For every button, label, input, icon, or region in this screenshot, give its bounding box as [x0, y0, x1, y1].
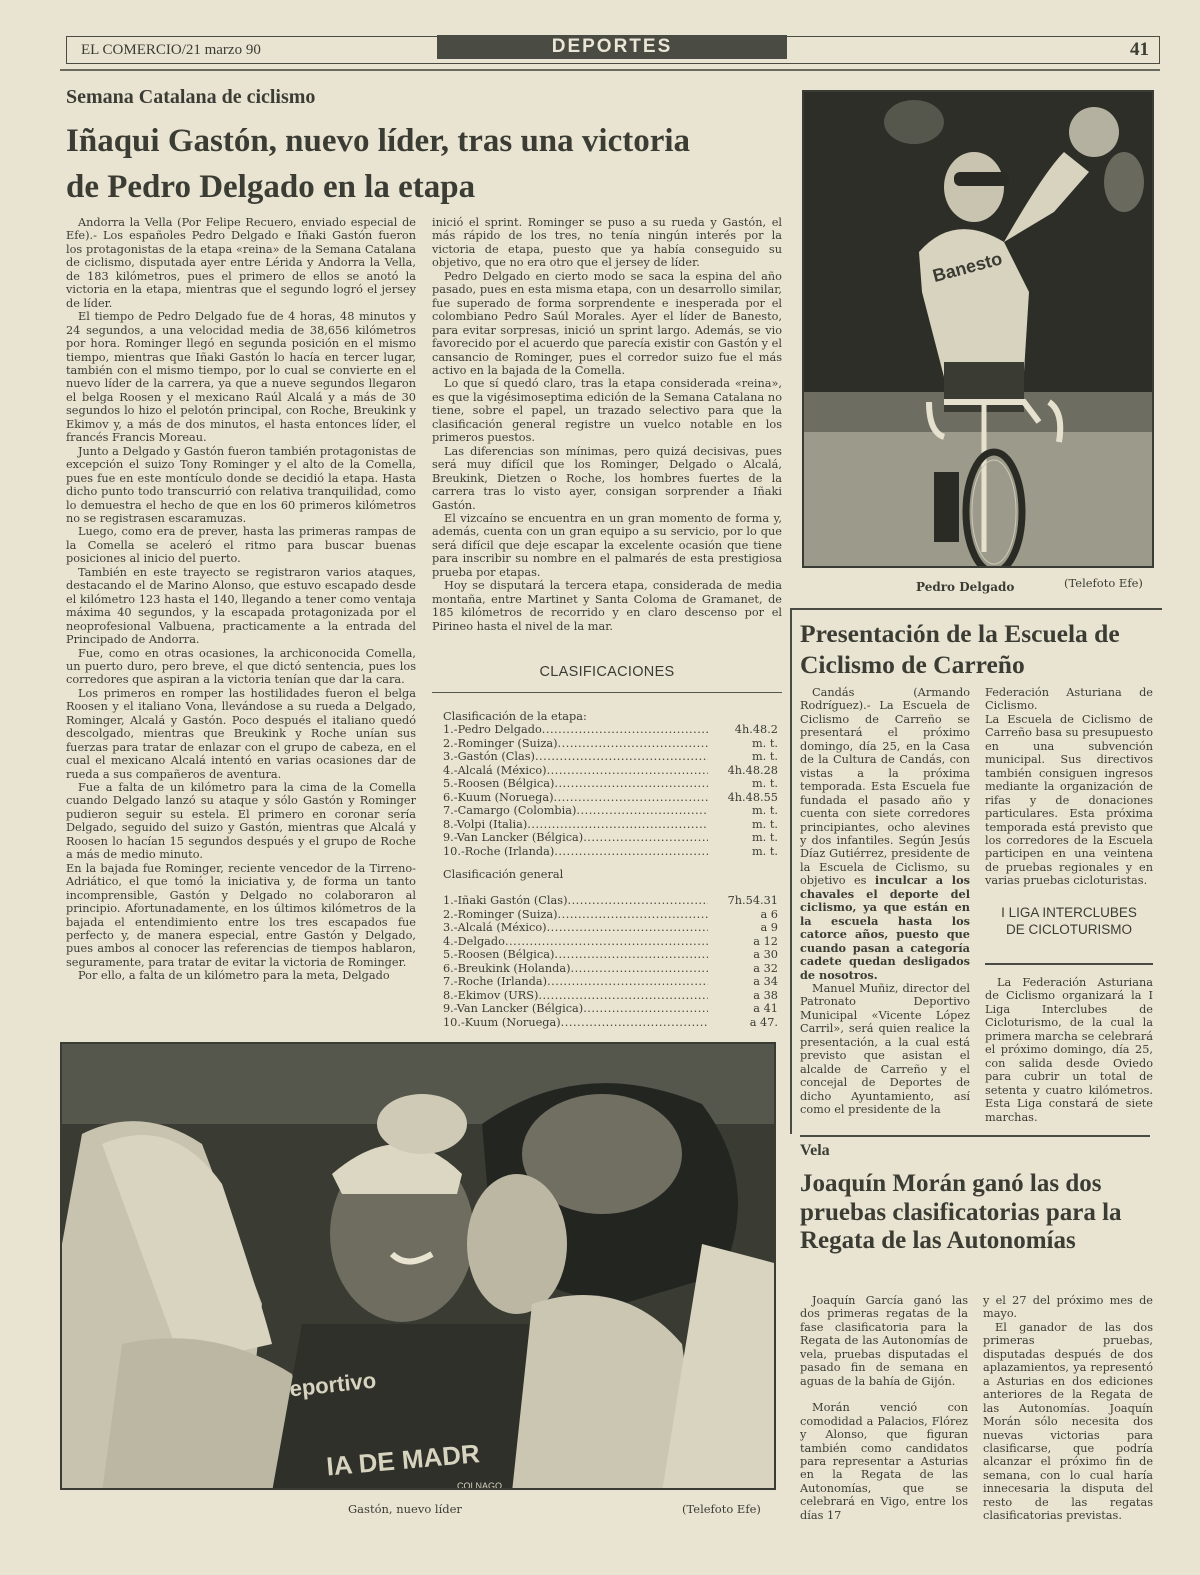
table-row: 9.-Van Lancker (Bélgica)a 41: [443, 1002, 778, 1015]
paragraph: Hoy se disputará la tercera etapa, consi…: [432, 579, 782, 633]
quote-bold: inculcar a los chavales el deporte del c…: [800, 873, 970, 981]
carreno-column-1: Candás (Armando Rodríguez).- La Escuela …: [800, 686, 970, 1117]
paragraph: También en este trayecto se registraron …: [66, 566, 416, 647]
paragraph: Lo que sí quedó claro, tras la etapa con…: [432, 377, 782, 444]
table-row: 2.-Rominger (Suiza)a 6: [443, 908, 778, 921]
table-heading: Clasificación de la etapa:: [443, 710, 778, 723]
article-kicker: Semana Catalana de ciclismo: [66, 86, 315, 109]
headline-line-1: Iñaqui Gastón, nuevo líder, tras una vic…: [66, 123, 690, 159]
paragraph: Candás (Armando Rodríguez).- La Escuela …: [800, 686, 970, 887]
article-headline: Iñaqui Gastón, nuevo líder, tras una vic…: [66, 118, 786, 210]
paragraph: Fue, como en otras ocasiones, la archico…: [66, 647, 416, 687]
article-column-2: inició el sprint. Rominger se puso a su …: [432, 216, 782, 633]
section-label: DEPORTES: [437, 35, 787, 59]
table-row: 8.-Volpi (Italia)m. t.: [443, 818, 778, 831]
table-row: 10.-Roche (Irlanda)m. t.: [443, 845, 778, 858]
table-row: 2.-Rominger (Suiza)m. t.: [443, 737, 778, 750]
stage-classification-table: Clasificación de la etapa: 1.-Pedro Delg…: [443, 710, 778, 858]
vela-headline: Joaquín Morán ganó las dos pruebas clasi…: [800, 1170, 1160, 1256]
paper-name-date: EL COMERCIO/21 marzo 90: [81, 42, 261, 59]
paragraph: Manuel Muñiz, director del Patronato Dep…: [800, 982, 970, 1117]
paragraph: Los primeros en romper las hostilidades …: [66, 687, 416, 781]
table-row: 6.-Kuum (Noruega)4h.48.55: [443, 791, 778, 804]
table-row: 5.-Roosen (Bélgica)a 30: [443, 948, 778, 961]
table-row: 10.-Kuum (Noruega)a 47.: [443, 1016, 778, 1029]
table-row: 9.-Van Lancker (Bélgica)m. t.: [443, 831, 778, 844]
paragraph: El tiempo de Pedro Delgado fue de 4 hora…: [66, 310, 416, 445]
carreno-headline: Presentación de la Escuela de Ciclismo d…: [800, 618, 1160, 680]
table-heading: Clasificación general: [443, 868, 778, 881]
masthead: EL COMERCIO/21 marzo 90 DEPORTES 41: [66, 36, 1160, 64]
table-row: 7.-Camargo (Colombia)m. t.: [443, 804, 778, 817]
liga-title: I LIGA INTERCLUBES DE CICLOTURISMO: [985, 904, 1153, 938]
table-row: 4.-Delgadoa 12: [443, 935, 778, 948]
photo-gaston-podium: eportivo IA DE MADR COLNAGO: [60, 1042, 776, 1490]
cyclist-photo-illustration: Banesto: [804, 92, 1154, 568]
masthead-rule: [60, 69, 1160, 71]
paragraph: En la bajada fue Rominger, reciente venc…: [66, 862, 416, 970]
headline-line-2: de Pedro Delgado en la etapa: [66, 169, 475, 205]
paragraph: La Federación Asturiana de Ciclismo orga…: [985, 976, 1153, 1124]
paragraph: Morán venció con comodidad a Palacios, F…: [800, 1401, 968, 1522]
photo-credit: (Telefoto Efe): [1064, 576, 1143, 590]
paragraph: Andorra la Vella (Por Felipe Recuero, en…: [66, 216, 416, 310]
paragraph: Las diferencias son mínimas, pero quizá …: [432, 445, 782, 512]
paragraph: Joaquín García ganó las dos primeras reg…: [800, 1294, 968, 1388]
photo-caption: Gastón, nuevo líder: [348, 1502, 462, 1516]
paragraph: Fue a falta de un kilómetro para la cima…: [66, 781, 416, 862]
paragraph: El ganador de las dos primeras pruebas, …: [983, 1321, 1153, 1523]
liga-rule: [985, 963, 1153, 965]
paragraph: Junto a Delgado y Gastón fueron también …: [66, 445, 416, 526]
paragraph: Por ello, a falta de un kilómetro para l…: [66, 969, 416, 982]
carreno-column-2: Federación Asturiana de Ciclismo. La Esc…: [985, 686, 1153, 888]
vela-column-1: Joaquín García ganó las dos primeras reg…: [800, 1294, 968, 1522]
table-row: 8.-Ekimov (URS)a 38: [443, 989, 778, 1002]
jersey-text: COLNAGO: [457, 1481, 502, 1490]
classifications-rule: [432, 692, 782, 693]
vela-column-2: y el 27 del próximo mes de mayo. El gana…: [983, 1294, 1153, 1523]
liga-body: La Federación Asturiana de Ciclismo orga…: [985, 976, 1153, 1124]
podium-photo-illustration: eportivo IA DE MADR COLNAGO: [62, 1044, 776, 1490]
table-row: 6.-Breukink (Holanda)a 32: [443, 962, 778, 975]
table-row: 7.-Roche (Irlanda)a 34: [443, 975, 778, 988]
paragraph: La Escuela de Ciclismo de Carreño basa s…: [985, 713, 1153, 888]
table-row: 3.-Alcalá (México)a 9: [443, 921, 778, 934]
table-row: 1.-Pedro Delgado4h.48.2: [443, 723, 778, 736]
table-row: 5.-Roosen (Bélgica)m. t.: [443, 777, 778, 790]
table-row: 1.-Iñaki Gastón (Clas)7h.54.31: [443, 894, 778, 907]
photo-pedro-delgado: Banesto: [802, 90, 1154, 568]
photo-credit: (Telefoto Efe): [682, 1502, 761, 1516]
vela-rule: [800, 1135, 1150, 1137]
paragraph: El vizcaíno se encuentra en un gran mome…: [432, 512, 782, 579]
paragraph: y el 27 del próximo mes de mayo.: [983, 1294, 1153, 1321]
article-column-1: Andorra la Vella (Por Felipe Recuero, en…: [66, 216, 416, 983]
table-row: 4.-Alcalá (México)4h.48.28: [443, 764, 778, 777]
general-classification-table: Clasificación general 1.-Iñaki Gastón (C…: [443, 868, 778, 1029]
table-row: 3.-Gastón (Clas)m. t.: [443, 750, 778, 763]
paragraph: inició el sprint. Rominger se puso a su …: [432, 216, 782, 270]
paragraph: Pedro Delgado en cierto modo se saca la …: [432, 270, 782, 378]
page-number: 41: [1130, 39, 1149, 61]
paragraph: Federación Asturiana de Ciclismo.: [985, 686, 1153, 713]
paragraph: Luego, como era de prever, hasta las pri…: [66, 525, 416, 565]
photo-caption: Pedro Delgado: [916, 580, 1014, 594]
classifications-title: CLASIFICACIONES: [432, 664, 782, 680]
vela-kicker: Vela: [800, 1142, 830, 1160]
